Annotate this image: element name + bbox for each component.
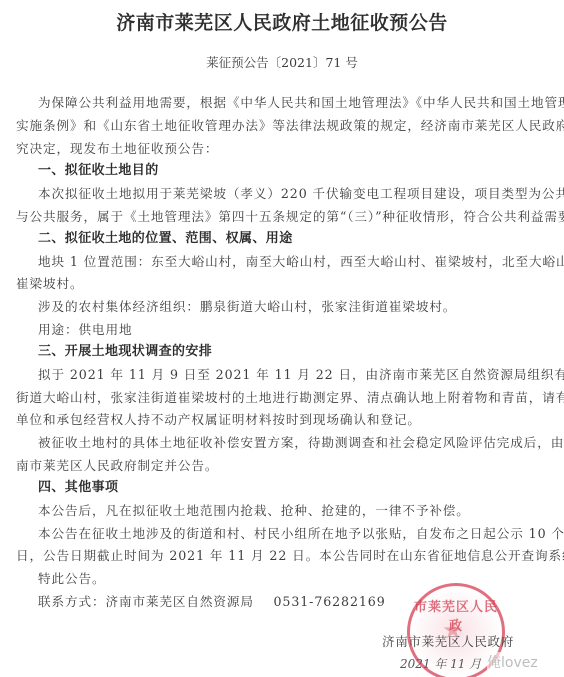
watermark: 俺lovez xyxy=(487,652,538,672)
paragraph-line: 究决定，现发布土地征收预公告： xyxy=(16,141,546,157)
paragraph-line: 本公告后，凡在拟征收土地范围内抢栽、抢种、抢建的，一律不予补偿。 xyxy=(38,503,546,519)
paragraph-line: 本公告在征收土地涉及的街道和村、村民小组所在地予以张贴，自发布之日起公示 10 … xyxy=(38,526,546,542)
paragraph-line: 为保障公共利益用地需要，根据《中华人民共和国土地管理法》《中华人民共和国土地管理… xyxy=(38,95,546,111)
paragraph-line: 单位和承包经营权人持不动产权属证明材料按时到现场确认和登记。 xyxy=(16,412,546,428)
paragraph-line: 地块 1 位置范围：东至大峪山村，南至大峪山村，西至大峪山村、崔梁坡村，北至大峪… xyxy=(38,254,546,270)
section-heading-3: 三、开展土地现状调查的安排 xyxy=(38,344,546,360)
paragraph-line: 实施条例》和《山东省土地征收管理办法》等法律法规政策的规定，经济南市莱芜区人民政… xyxy=(16,118,546,134)
section-heading-4: 四、其他事项 xyxy=(38,480,546,496)
section-heading-1: 一、拟征收土地目的 xyxy=(38,163,546,179)
document-page: 济南市莱芜区人民政府土地征收预公告 莱征预公告〔2021〕71 号 为保障公共利… xyxy=(0,0,564,677)
paragraph-line: 被征收土地村的具体土地征收补偿安置方案，待勘测调查和社会稳定风险评估完成后，由济 xyxy=(38,435,546,451)
paragraph-line: 街道大峪山村，张家洼街道崔梁坡村的土地进行勘测定界、清点确认地上附着物和青苗，请… xyxy=(16,390,546,406)
paragraph-line: 与公共服务，属于《土地管理法》第四十五条规定的第“（三）”种征收情形，符合公共利… xyxy=(16,209,546,225)
paragraph-line: 日，公告日期截止时间为 2021 年 11 月 22 日。本公告同时在山东省征地… xyxy=(16,548,546,564)
paragraph-line: 用途：供电用地 xyxy=(38,322,546,338)
section-heading-2: 二、拟征收土地的位置、范围、权属、用途 xyxy=(38,231,546,247)
paragraph-line: 崔梁坡村。 xyxy=(16,276,546,292)
paragraph-line: 涉及的农村集体经济组织：鹏泉街道大峪山村，张家洼街道崔梁坡村。 xyxy=(38,299,546,315)
document-title: 济南市莱芜区人民政府土地征收预公告 xyxy=(0,8,564,35)
paragraph-line: 拟于 2021 年 11 月 9 日至 2021 年 11 月 22 日，由济南… xyxy=(38,367,546,383)
paragraph-line: 南市莱芜区人民政府制定并公告。 xyxy=(16,458,546,474)
signature: 济南市莱芜区人民政府 xyxy=(382,631,514,650)
paragraph-line: 本次拟征收土地拟用于莱芜梁坡（孝义）220 千伏输变电工程项目建设，项目类型为公… xyxy=(38,186,546,202)
document-number: 莱征预公告〔2021〕71 号 xyxy=(0,53,564,71)
signature-date: 2021 年 11 月 xyxy=(400,655,481,672)
